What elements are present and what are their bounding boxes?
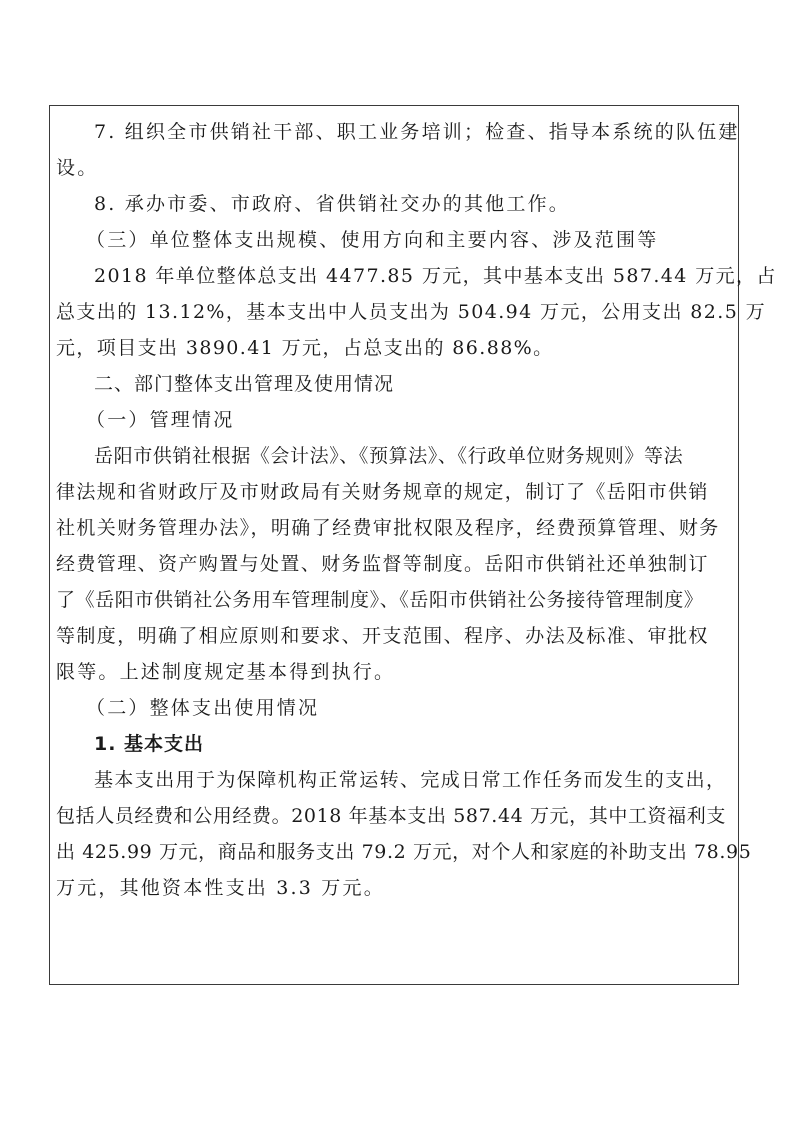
paragraph-line: 经费管理、资产购置与处置、财务监督等制度。岳阳市供销社还单独制订 <box>56 546 736 582</box>
item-heading-basic-expenditure: 1. 基本支出 <box>56 726 736 762</box>
paragraph-line: 限等。上述制度规定基本得到执行。 <box>56 654 736 690</box>
subsection-heading-1: （一）管理情况 <box>56 402 736 438</box>
subsection-heading-2: （二）整体支出使用情况 <box>56 690 736 726</box>
section-heading-2: 二、部门整体支出管理及使用情况 <box>56 366 736 402</box>
paragraph-line: 了《岳阳市供销社公务用车管理制度》、《岳阳市供销社公务接待管理制度》 <box>56 582 736 618</box>
list-item-8: 8. 承办市委、市政府、省供销社交办的其他工作。 <box>56 186 736 222</box>
paragraph-line: 2018 年单位整体总支出 4477.85 万元，其中基本支出 587.44 万… <box>56 258 736 294</box>
paragraph-line: 等制度，明确了相应原则和要求、开支范围、程序、办法及标准、审批权 <box>56 618 736 654</box>
paragraph-line: 律法规和省财政厅及市财政局有关财务规章的规定，制订了《岳阳市供销 <box>56 474 736 510</box>
paragraph-line: 岳阳市供销社根据《会计法》、《预算法》、《行政单位财务规则》等法 <box>56 438 736 474</box>
list-item-7-continued: 设。 <box>56 150 736 186</box>
paragraph-line: 出 425.99 万元，商品和服务支出 79.2 万元，对个人和家庭的补助支出 … <box>56 834 736 870</box>
section-heading-3: （三）单位整体支出规模、使用方向和主要内容、涉及范围等 <box>56 222 736 258</box>
paragraph-line: 基本支出用于为保障机构正常运转、完成日常工作任务而发生的支出， <box>56 762 736 798</box>
list-item-7: 7. 组织全市供销社干部、职工业务培训；检查、指导本系统的队伍建 <box>56 114 736 150</box>
paragraph-line: 元，项目支出 3890.41 万元，占总支出的 86.88%。 <box>56 330 736 366</box>
paragraph-line: 万元，其他资本性支出 3.3 万元。 <box>56 870 736 906</box>
paragraph-line: 总支出的 13.12%，基本支出中人员支出为 504.94 万元，公用支出 82… <box>56 294 736 330</box>
document-body: 7. 组织全市供销社干部、职工业务培训；检查、指导本系统的队伍建 设。 8. 承… <box>56 114 736 906</box>
paragraph-line: 社机关财务管理办法》，明确了经费审批权限及程序，经费预算管理、财务 <box>56 510 736 546</box>
paragraph-line: 包括人员经费和公用经费。2018 年基本支出 587.44 万元，其中工资福利支 <box>56 798 736 834</box>
